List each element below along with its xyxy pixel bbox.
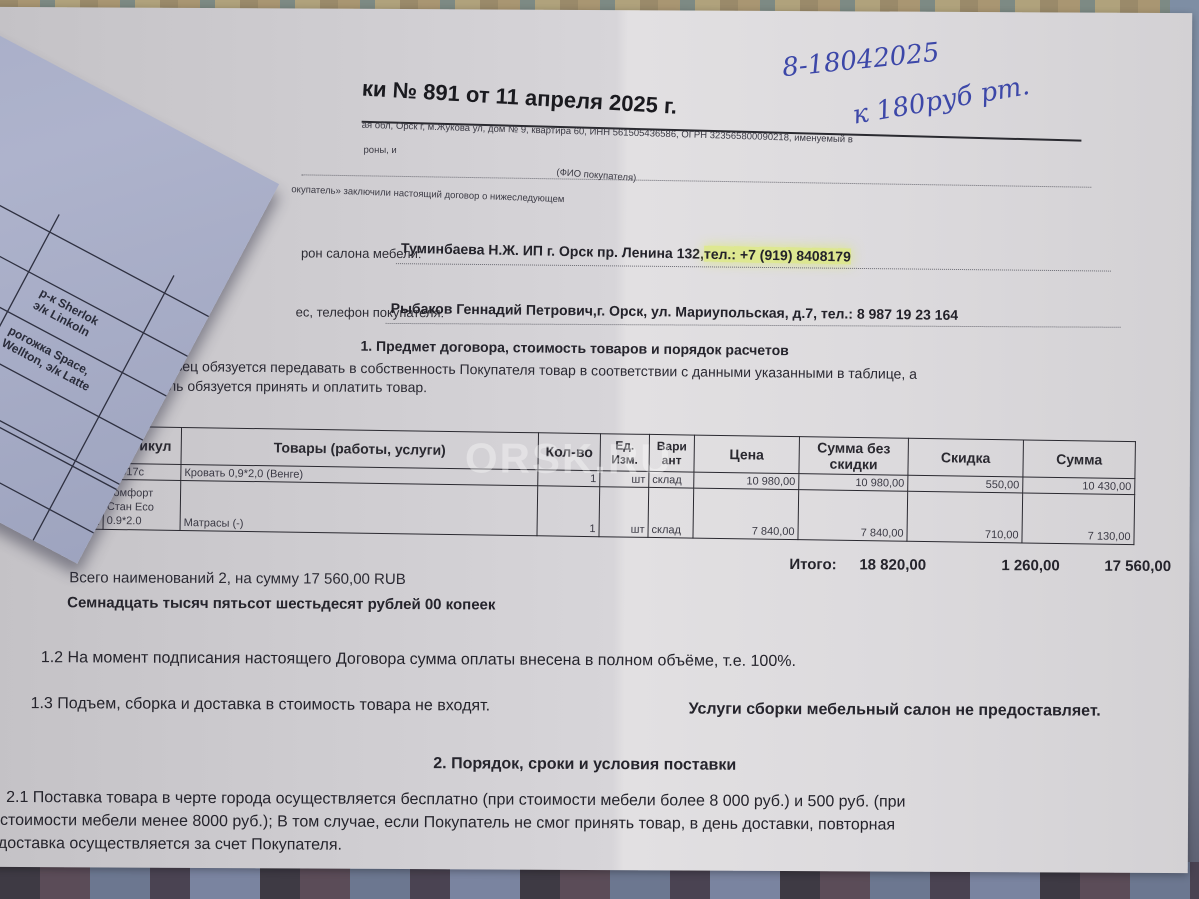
row-discount: 710,00 <box>907 491 1023 543</box>
handwritten-note-date: 8-18042025 <box>781 38 941 84</box>
row-name: Матрасы (-) <box>180 480 538 535</box>
row-sum-no-discount: 10 980,00 <box>799 474 908 492</box>
total-discount: 1 260,00 <box>1001 557 1059 574</box>
totals-label: Итого: <box>789 556 836 573</box>
clause-2-1-line1: 2.1 Поставка товара в черте города осуще… <box>6 789 905 812</box>
fio-label: (ФИО покупателя) <box>556 167 637 184</box>
clause-2-1-line2: стоимости мебели менее 8000 руб.); В том… <box>0 812 895 835</box>
seller-details-cont: роны, и <box>363 145 396 156</box>
salon-phone-highlighted: тел.: +7 (919) 8408179 <box>704 246 851 265</box>
section-1-title: 1. Предмет договора, стоимость товаров и… <box>360 338 788 358</box>
col-discount: Скидка <box>908 438 1024 477</box>
col-sum-no-discount: Сумма без скидки <box>799 437 909 476</box>
salon-dotted-line <box>396 263 1111 271</box>
agreement-line: окупатель» заключили настоящий договор о… <box>291 184 564 205</box>
row-price: 10 980,00 <box>694 472 799 490</box>
watermark: ORSK.RU <box>465 434 673 483</box>
salon-name-address: Туминбаева Н.Ж. ИП г. Орск пр. Ленина 13… <box>401 240 704 262</box>
row-sum: 10 430,00 <box>1023 477 1135 495</box>
row-variant: склад <box>648 487 694 538</box>
total-no-discount: 18 820,00 <box>859 556 926 573</box>
document-title: ки № 891 от 11 апреля 2025 г. <box>361 76 677 120</box>
seller-details: ая обл, Орск г, м.Жукова ул, дом № 9, кв… <box>362 120 853 146</box>
clause-1-3: 1.3 Подъем, сборка и доставка в стоимост… <box>31 695 491 715</box>
row-unit: шт <box>599 487 649 538</box>
row-discount: 550,00 <box>908 475 1023 493</box>
row-sum: 7 130,00 <box>1022 493 1135 545</box>
col-sum: Сумма <box>1023 440 1136 479</box>
amount-in-words: Семнадцать тысяч пятьсот шестьдесят рубл… <box>67 594 495 613</box>
row-qty: 1 <box>537 486 600 537</box>
buyer-value: Рыбаков Геннадий Петрович,г. Орск, ул. М… <box>391 300 959 323</box>
handwritten-note-amount: к 180руб рт. <box>851 71 1032 131</box>
clause-2-1-line3: доставка осуществляется за счет Покупате… <box>0 835 342 855</box>
salon-value: Туминбаева Н.Ж. ИП г. Орск пр. Ленина 13… <box>401 240 851 265</box>
clause-1-2: 1.2 На момент подписания настоящего Дого… <box>41 649 796 671</box>
row-price: 7 840,00 <box>693 488 799 540</box>
items-count-line: Всего наименований 2, на сумму 17 560,00… <box>69 569 406 588</box>
buyer-dotted-line <box>386 323 1121 328</box>
total-sum: 17 560,00 <box>1104 558 1171 575</box>
section-2-title: 2. Порядок, сроки и условия поставки <box>433 755 736 775</box>
clause-1-3-bold: Услуги сборки мебельный салон не предост… <box>689 701 1101 721</box>
fio-dotted-line <box>301 174 1091 187</box>
col-price: Цена <box>694 435 800 474</box>
row-sum-no-discount: 7 840,00 <box>798 490 908 542</box>
